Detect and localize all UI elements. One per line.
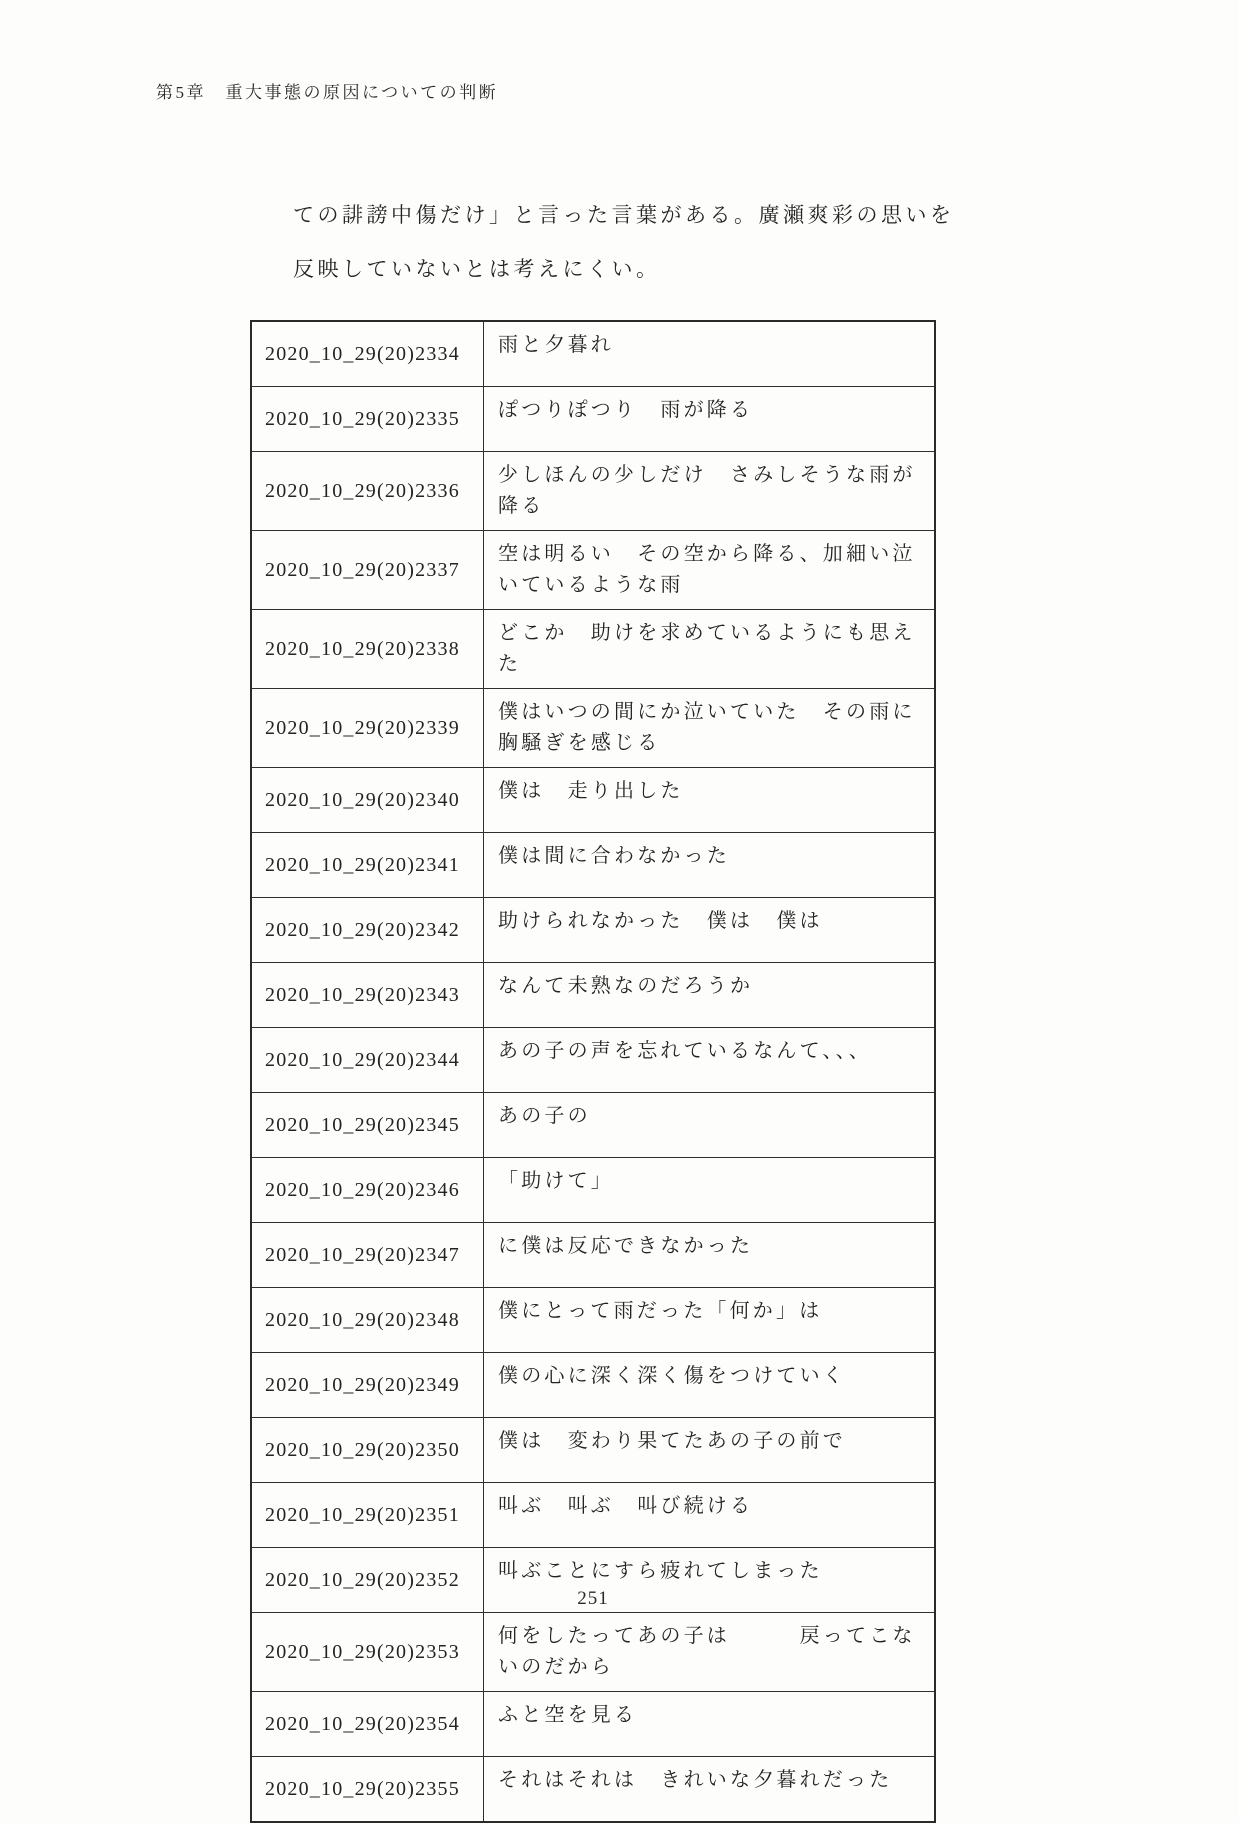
entry-text: 助けられなかった 僕は 僕は: [484, 898, 936, 963]
table-row: 2020_10_29(20)2350 僕は 変わり果てたあの子の前で: [251, 1418, 935, 1483]
entry-text: あの子の声を忘れているなんて、、、: [484, 1028, 936, 1093]
entry-text: 僕にとって雨だった「何か」は: [484, 1288, 936, 1353]
entry-timestamp-id: 2020_10_29(20)2334: [251, 321, 484, 387]
table-row: 2020_10_29(20)2338 どこか 助けを求めているようにも思え た: [251, 610, 935, 689]
entry-timestamp-id: 2020_10_29(20)2340: [251, 768, 484, 833]
table-row: 2020_10_29(20)2336 少しほんの少しだけ さみしそうな雨が 降る: [251, 452, 935, 531]
entry-timestamp-id: 2020_10_29(20)2345: [251, 1093, 484, 1158]
entry-text: 雨と夕暮れ: [484, 321, 936, 387]
entry-text: 僕は間に合わなかった: [484, 833, 936, 898]
entry-timestamp-id: 2020_10_29(20)2354: [251, 1692, 484, 1757]
table-row: 2020_10_29(20)2344 あの子の声を忘れているなんて、、、: [251, 1028, 935, 1093]
entry-timestamp-id: 2020_10_29(20)2348: [251, 1288, 484, 1353]
entry-text: 叫ぶ 叫ぶ 叫び続ける: [484, 1483, 936, 1548]
paragraph-line-1: ての誹謗中傷だけ」と言った言葉がある。廣瀬爽彩の思いを: [293, 188, 958, 242]
entry-text: ぽつりぽつり 雨が降る: [484, 387, 936, 452]
page-number: 251: [250, 1588, 936, 1610]
entry-timestamp-id: 2020_10_29(20)2339: [251, 689, 484, 768]
lead-paragraph: ての誹謗中傷だけ」と言った言葉がある。廣瀬爽彩の思いを 反映していないとは考えに…: [293, 188, 958, 296]
table-row: 2020_10_29(20)2341 僕は間に合わなかった: [251, 833, 935, 898]
paragraph-line-2: 反映していないとは考えにくい。: [293, 242, 958, 296]
chapter-running-header: 第5章 重大事態の原因についての判断: [156, 78, 498, 103]
entry-text: それはそれは きれいな夕暮れだった: [484, 1757, 936, 1823]
entry-timestamp-id: 2020_10_29(20)2350: [251, 1418, 484, 1483]
entry-timestamp-id: 2020_10_29(20)2353: [251, 1613, 484, 1692]
table-row: 2020_10_29(20)2342 助けられなかった 僕は 僕は: [251, 898, 935, 963]
table-row: 2020_10_29(20)2351 叫ぶ 叫ぶ 叫び続ける: [251, 1483, 935, 1548]
table-row: 2020_10_29(20)2335 ぽつりぽつり 雨が降る: [251, 387, 935, 452]
entry-timestamp-id: 2020_10_29(20)2342: [251, 898, 484, 963]
table-row: 2020_10_29(20)2339 僕はいつの間にか泣いていた その雨に 胸騒…: [251, 689, 935, 768]
table-row: 2020_10_29(20)2353 何をしたってあの子は 戻ってこな いのだか…: [251, 1613, 935, 1692]
scanned-document-page: 第5章 重大事態の原因についての判断 ての誹謗中傷だけ」と言った言葉がある。廣瀬…: [0, 0, 1239, 1754]
entry-timestamp-id: 2020_10_29(20)2351: [251, 1483, 484, 1548]
table-row: 2020_10_29(20)2347 に僕は反応できなかった: [251, 1223, 935, 1288]
entry-timestamp-id: 2020_10_29(20)2341: [251, 833, 484, 898]
entry-timestamp-id: 2020_10_29(20)2337: [251, 531, 484, 610]
entry-text: 何をしたってあの子は 戻ってこな いのだから: [484, 1613, 936, 1692]
table-row: 2020_10_29(20)2334 雨と夕暮れ: [251, 321, 935, 387]
entry-text: に僕は反応できなかった: [484, 1223, 936, 1288]
table-row: 2020_10_29(20)2345 あの子の: [251, 1093, 935, 1158]
entry-timestamp-id: 2020_10_29(20)2349: [251, 1353, 484, 1418]
entry-timestamp-id: 2020_10_29(20)2355: [251, 1757, 484, 1823]
table-row: 2020_10_29(20)2349 僕の心に深く深く傷をつけていく: [251, 1353, 935, 1418]
table-row: 2020_10_29(20)2337 空は明るい その空から降る、加細い泣 いて…: [251, 531, 935, 610]
entry-text: 僕は 走り出した: [484, 768, 936, 833]
entry-text: 少しほんの少しだけ さみしそうな雨が 降る: [484, 452, 936, 531]
entry-text: ふと空を見る: [484, 1692, 936, 1757]
entry-text: 僕は 変わり果てたあの子の前で: [484, 1418, 936, 1483]
entry-timestamp-id: 2020_10_29(20)2338: [251, 610, 484, 689]
table-row: 2020_10_29(20)2355 それはそれは きれいな夕暮れだった: [251, 1757, 935, 1823]
entry-text: 僕の心に深く深く傷をつけていく: [484, 1353, 936, 1418]
entry-timestamp-id: 2020_10_29(20)2347: [251, 1223, 484, 1288]
entry-timestamp-id: 2020_10_29(20)2344: [251, 1028, 484, 1093]
entry-text: どこか 助けを求めているようにも思え た: [484, 610, 936, 689]
entry-timestamp-id: 2020_10_29(20)2335: [251, 387, 484, 452]
entry-timestamp-id: 2020_10_29(20)2336: [251, 452, 484, 531]
table-row: 2020_10_29(20)2340 僕は 走り出した: [251, 768, 935, 833]
table-row: 2020_10_29(20)2348 僕にとって雨だった「何か」は: [251, 1288, 935, 1353]
entry-text: 僕はいつの間にか泣いていた その雨に 胸騒ぎを感じる: [484, 689, 936, 768]
entry-text: なんて未熟なのだろうか: [484, 963, 936, 1028]
table-row: 2020_10_29(20)2346 「助けて」: [251, 1158, 935, 1223]
table-row: 2020_10_29(20)2343 なんて未熟なのだろうか: [251, 963, 935, 1028]
entry-text: 空は明るい その空から降る、加細い泣 いているような雨: [484, 531, 936, 610]
entry-text: 「助けて」: [484, 1158, 936, 1223]
entry-text: あの子の: [484, 1093, 936, 1158]
entry-timestamp-id: 2020_10_29(20)2343: [251, 963, 484, 1028]
table-row: 2020_10_29(20)2354 ふと空を見る: [251, 1692, 935, 1757]
entry-timestamp-id: 2020_10_29(20)2346: [251, 1158, 484, 1223]
